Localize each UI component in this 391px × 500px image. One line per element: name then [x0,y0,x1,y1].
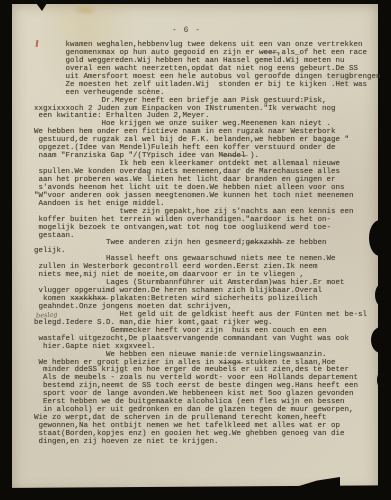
stain [72,4,98,16]
paper-page: - 6 - kwamen weghalen,hebbenvlug twee de… [12,4,378,492]
document-lines: kwamen weghalen,hebbenvlug twee dekens u… [34,42,379,447]
torn-edge-blob [377,370,391,390]
handwritten-annotation: beslag [36,310,58,319]
text-line: mogelijk bezoek te ontvangen,wat tot nog… [34,225,379,233]
torn-edge-blob [371,327,391,353]
torn-edge-blob [375,283,391,307]
scan-background: { "page": { "number_label": "- 6 -", "pa… [0,0,391,500]
page-number: - 6 - [172,26,201,35]
text-line: dingen,en zij hoeven ze niet te krijgen. [34,439,379,447]
torn-edge-blob [381,96,391,136]
text-line: Twee anderen zijn hen gesmeerd;g̶e̶k̶x̶z… [34,240,379,248]
torn-edge-blob [369,220,391,256]
